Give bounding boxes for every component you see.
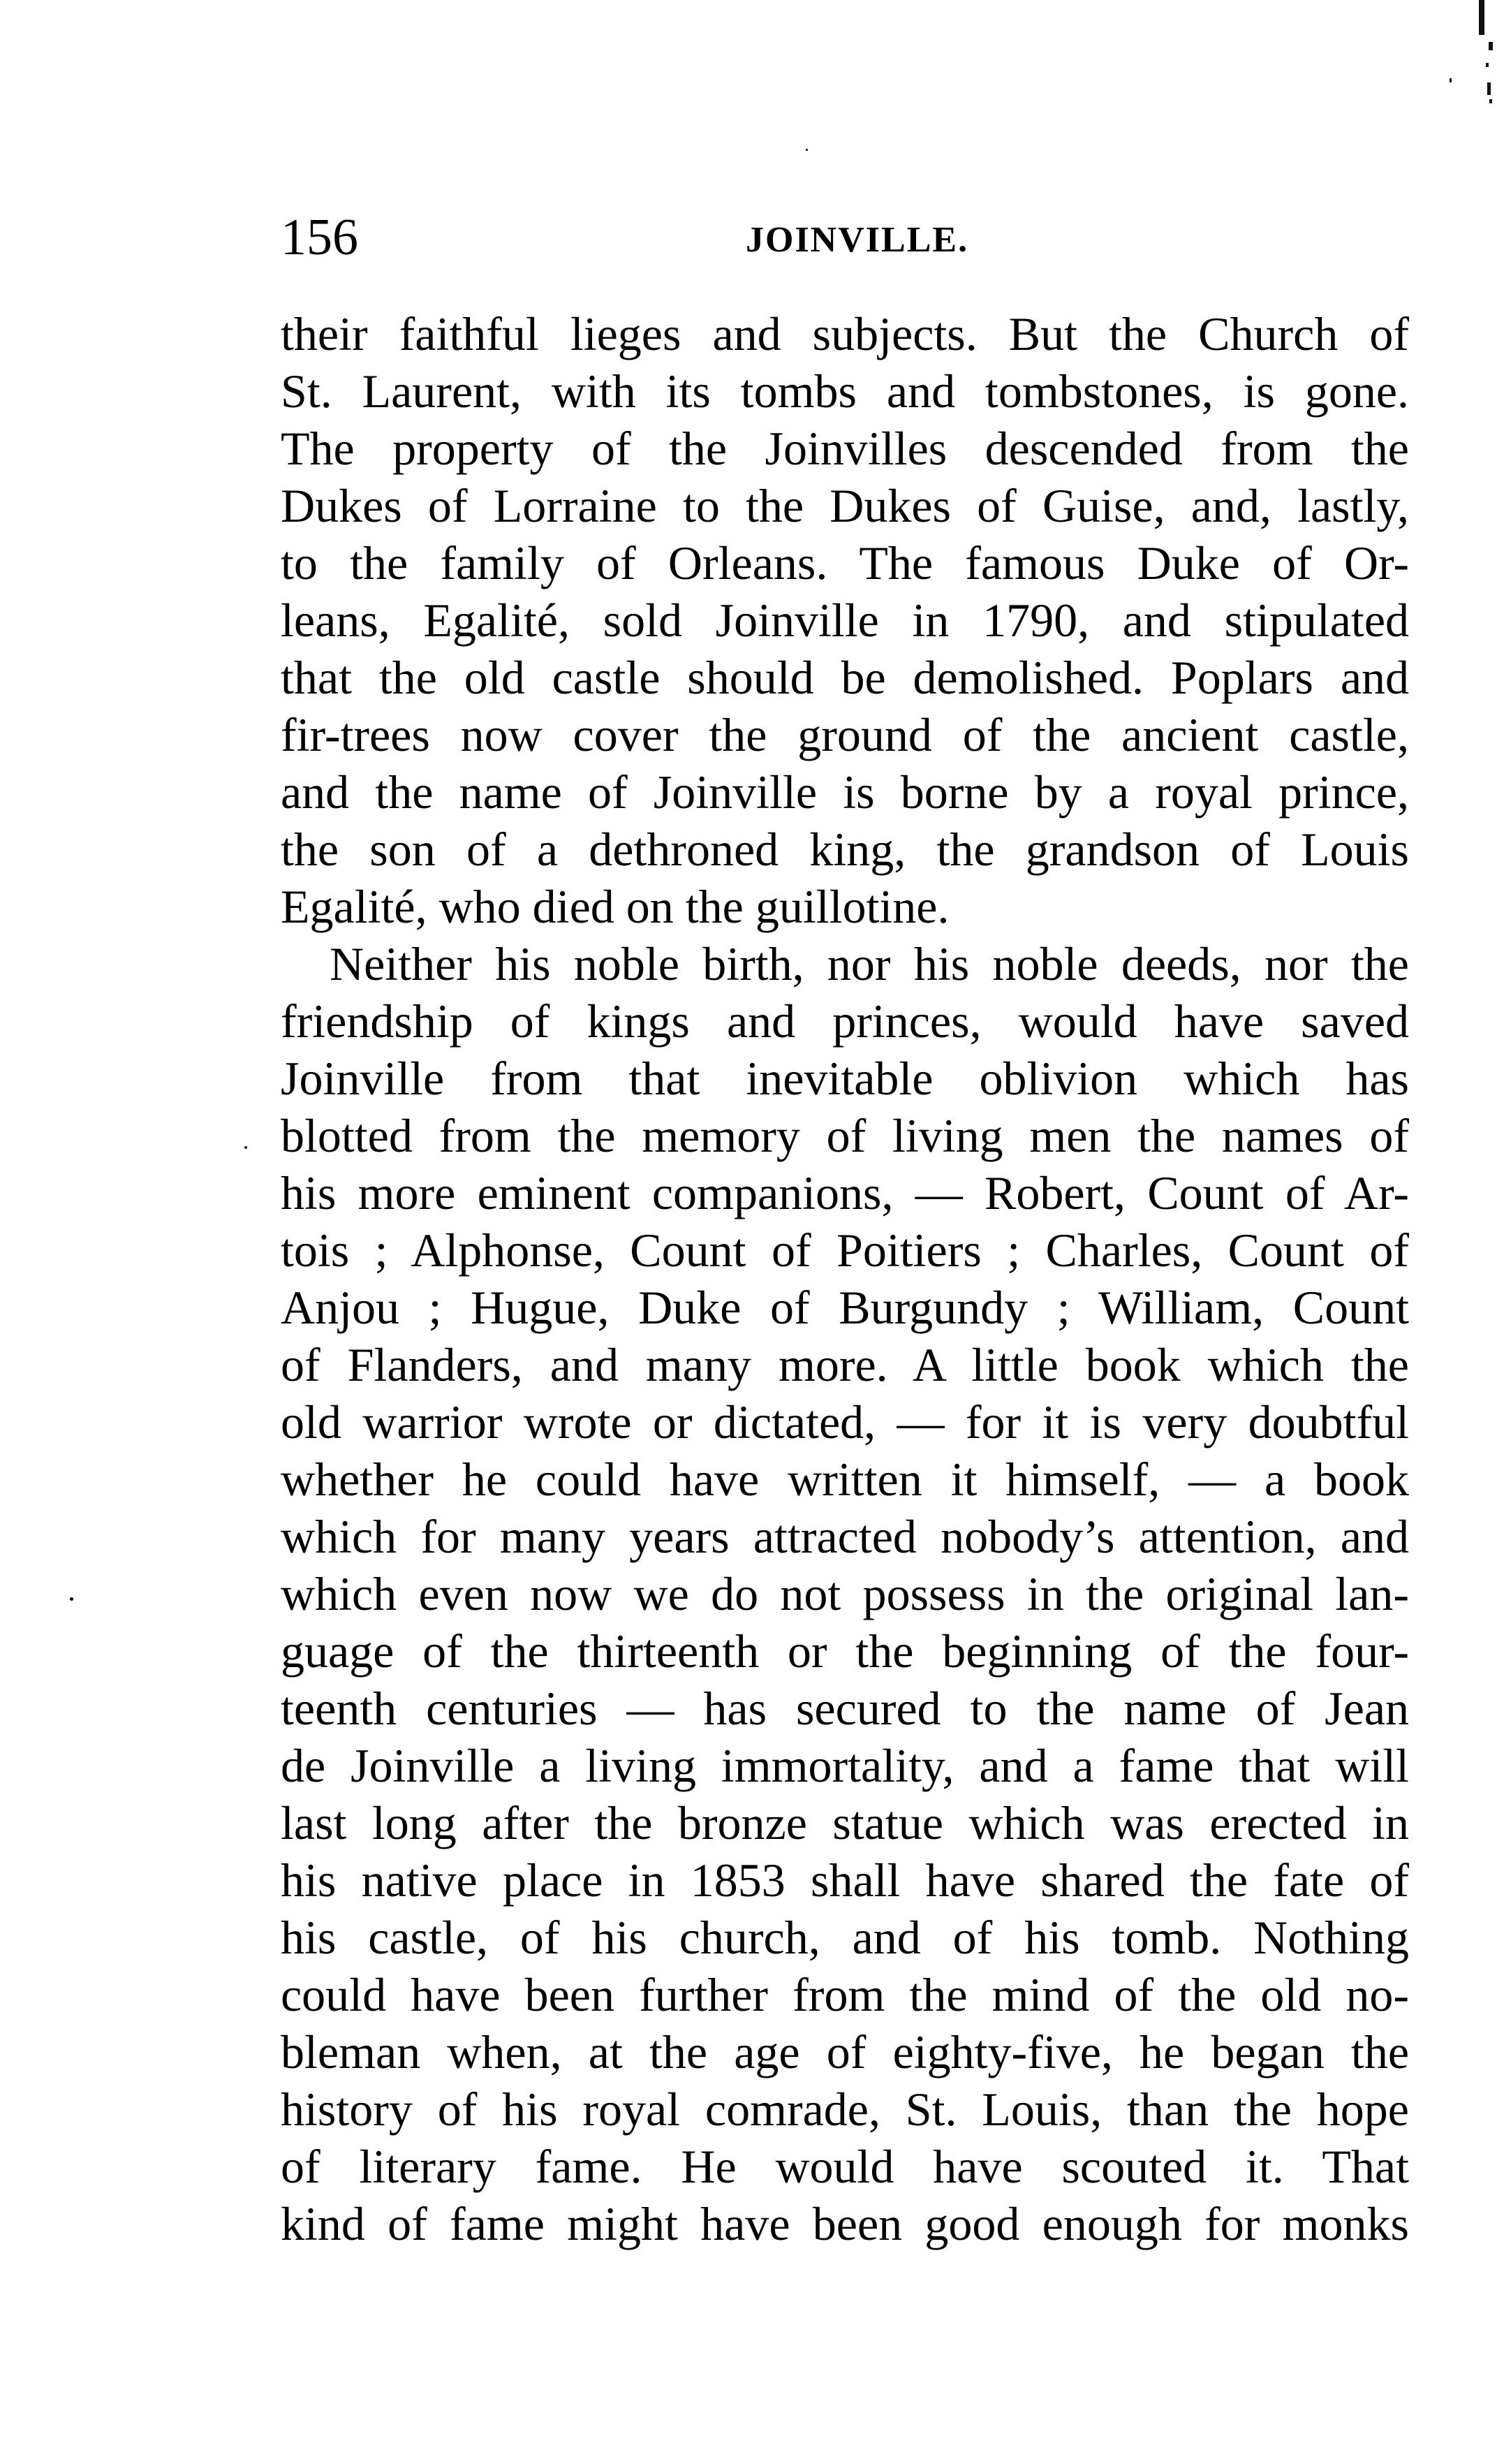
- text-line: Dukes of Lorraine to the Dukes of Guise,…: [281, 477, 1409, 534]
- paragraph-end-line: Egalité, who died on the guillotine.: [281, 878, 1409, 935]
- scan-speck: [244, 1146, 247, 1149]
- scan-edge-mark: [1486, 63, 1489, 67]
- text-line: of Flanders, and many more. A little boo…: [281, 1336, 1409, 1393]
- text-line: tois ; Alphonse, Count of Poitiers ; Cha…: [281, 1222, 1409, 1279]
- text-line: his castle, of his church, and of his to…: [281, 1909, 1409, 1966]
- scan-edge-mark: [1487, 82, 1491, 95]
- scan-edge-mark: [1489, 42, 1493, 50]
- text-line: last long after the bronze statue which …: [281, 1794, 1409, 1851]
- text-line: that the old castle should be demolished…: [281, 649, 1409, 706]
- paragraph-start-line: Neither his noble birth, nor his noble d…: [281, 935, 1409, 992]
- text-line: friendship of kings and princes, would h…: [281, 992, 1409, 1050]
- text-line: his native place in 1853 shall have shar…: [281, 1851, 1409, 1909]
- text-line: de Joinville a living immortality, and a…: [281, 1737, 1409, 1794]
- text-line: bleman when, at the age of eighty-five, …: [281, 2023, 1409, 2081]
- text-line: St. Laurent, with its tombs and tombston…: [281, 362, 1409, 420]
- running-title: JOINVILLE.: [746, 219, 968, 261]
- scan-edge-mark: [1479, 0, 1484, 35]
- text-line: to the family of Orleans. The famous Duk…: [281, 534, 1409, 592]
- text-line: blotted from the memory of living men th…: [281, 1107, 1409, 1164]
- text-line: of literary fame. He would have scouted …: [281, 2138, 1409, 2195]
- text-line: the son of a dethroned king, the grandso…: [281, 821, 1409, 878]
- text-line: The property of the Joinvilles descended…: [281, 420, 1409, 477]
- text-line: kind of fame might have been good enough…: [281, 2195, 1409, 2252]
- text-line: guage of the thirteenth or the beginning…: [281, 1622, 1409, 1680]
- text-line: could have been further from the mind of…: [281, 1966, 1409, 2023]
- scan-edge-mark: [1489, 99, 1492, 103]
- page-number: 156: [281, 210, 358, 265]
- text-line: Anjou ; Hugue, Duke of Burgundy ; Willia…: [281, 1279, 1409, 1336]
- text-line: fir-trees now cover the ground of the an…: [281, 706, 1409, 763]
- scan-edge-mark: [1450, 78, 1452, 82]
- text-line: and the name of Joinville is borne by a …: [281, 763, 1409, 821]
- running-head: 156 JOINVILLE.: [281, 210, 1409, 265]
- text-line: which for many years attracted nobody’s …: [281, 1508, 1409, 1565]
- scan-speck: [70, 1597, 73, 1601]
- text-line: teenth centuries — has secured to the na…: [281, 1680, 1409, 1737]
- text-line: leans, Egalité, sold Joinville in 1790, …: [281, 592, 1409, 649]
- book-page: 156 JOINVILLE. their faithful lieges and…: [0, 0, 1497, 2464]
- text-line: their faithful lieges and subjects. But …: [281, 305, 1409, 362]
- text-line: history of his royal comrade, St. Louis,…: [281, 2081, 1409, 2138]
- text-line: Joinville from that inevitable oblivion …: [281, 1050, 1409, 1107]
- text-line: whether he could have written it himself…: [281, 1451, 1409, 1508]
- scan-speck: [806, 149, 808, 151]
- text-line: which even now we do not possess in the …: [281, 1565, 1409, 1622]
- text-line: old warrior wrote or dictated, — for it …: [281, 1393, 1409, 1451]
- text-line: his more eminent companions, — Robert, C…: [281, 1164, 1409, 1222]
- body-text: their faithful lieges and subjects. But …: [281, 305, 1409, 2252]
